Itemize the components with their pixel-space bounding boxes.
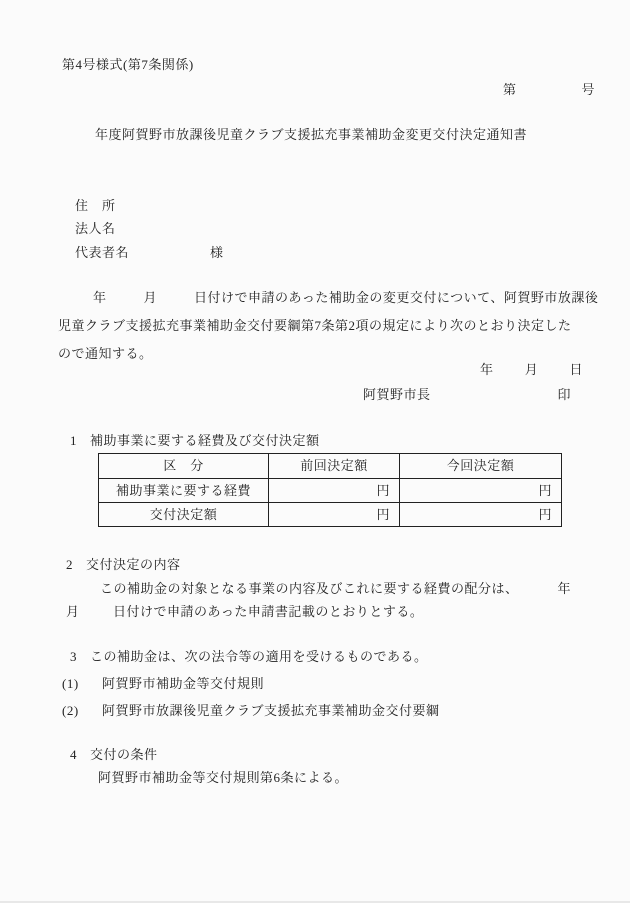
section-2-line-2-text: 日付けで申請のあった申請書記載のとおりとする。: [113, 604, 423, 619]
section-3-item-2-number: (2): [62, 704, 102, 718]
section-3-heading: 3この補助金は、次の法令等の適用を受けるものである。: [70, 650, 428, 664]
issuer-name: 阿賀野市長: [363, 388, 431, 402]
table-cell-row1-previous: 円: [269, 479, 400, 503]
table-row: 交付決定額 円 円: [99, 503, 562, 527]
section-1-heading: 1補助事業に要する経費及び交付決定額: [70, 434, 320, 448]
section-2-year-label: 年: [557, 582, 571, 596]
addressee-corporation-label: 法人名: [75, 222, 116, 236]
issue-date-month-label: 月: [525, 363, 539, 377]
table-header-previous-amount: 前回決定額: [269, 454, 400, 479]
document-number-suffix: 号: [581, 83, 595, 97]
body-paragraph-line-3: ので通知する。: [58, 347, 153, 361]
document-number-prefix: 第: [503, 83, 517, 97]
application-date-month-label: 月: [144, 291, 158, 305]
section-4-title: 交付の条件: [90, 747, 158, 762]
addressee-representative-label: 代表者名: [75, 246, 129, 260]
section-3-item-2-text: 阿賀野市放課後児童クラブ支援拡充事業補助金交付要綱: [102, 703, 440, 718]
section-2-number: 2: [66, 558, 86, 572]
section-2-heading: 2交付決定の内容: [66, 558, 181, 572]
section-4-line-1: 阿賀野市補助金等交付規則第6条による。: [98, 771, 348, 785]
section-3-title: この補助金は、次の法令等の適用を受けるものである。: [90, 649, 428, 664]
table-header-row: 区 分 前回決定額 今回決定額: [99, 454, 562, 479]
section-2-line-1-text: この補助金の対象となる事業の内容及びこれに要する経費の配分は、: [100, 582, 519, 596]
issue-date-day-label: 日: [569, 363, 583, 377]
table-header-category: 区 分: [99, 454, 269, 479]
body-paragraph-line-1-text: 日付けで申請のあった補助金の変更交付について、阿賀野市放課後: [194, 291, 598, 305]
section-3-item-1-text: 阿賀野市補助金等交付規則: [102, 676, 264, 691]
form-number: 第4号様式(第7条関係): [62, 58, 194, 72]
page-title: 年度阿賀野市放課後児童クラブ支援拡充事業補助金変更交付決定通知書: [95, 128, 527, 142]
section-3-item-1-number: (1): [62, 677, 102, 691]
table-cell-row1-label: 補助事業に要する経費: [99, 479, 269, 503]
section-2-title: 交付決定の内容: [86, 557, 181, 572]
decision-amount-table: 区 分 前回決定額 今回決定額 補助事業に要する経費 円 円 交付決定額 円 円: [98, 453, 562, 527]
table-header-current-amount: 今回決定額: [400, 454, 562, 479]
addressee-address-label: 住 所: [75, 199, 116, 213]
issuer-seal-mark: 印: [557, 388, 571, 402]
addressee-honorific: 様: [210, 246, 224, 260]
body-paragraph-line-1: 年 月 日付けで申請のあった補助金の変更交付について、阿賀野市放課後: [58, 291, 598, 305]
section-1-title: 補助事業に要する経費及び交付決定額: [90, 433, 320, 448]
table-cell-row2-label: 交付決定額: [99, 503, 269, 527]
document-page: { "page": { "form_number": "第4号様式(第7条関係)…: [0, 0, 630, 903]
section-1-number: 1: [70, 434, 90, 448]
section-2-line-2: 月日付けで申請のあった申請書記載のとおりとする。: [66, 605, 423, 619]
document-number: 第 号: [503, 83, 595, 97]
body-paragraph-line-2: 児童クラブ支援拡充事業補助金交付要綱第7条第2項の規定により次のとおり決定した: [58, 319, 572, 333]
section-4-heading: 4交付の条件: [70, 748, 158, 762]
section-3-item-2: (2)阿賀野市放課後児童クラブ支援拡充事業補助金交付要綱: [62, 704, 440, 718]
issue-date-line: 年 月 日: [480, 363, 583, 377]
section-4-number: 4: [70, 748, 90, 762]
table-cell-row1-current: 円: [400, 479, 562, 503]
table-cell-row2-previous: 円: [269, 503, 400, 527]
section-2-month-label: 月: [66, 605, 113, 619]
section-3-number: 3: [70, 650, 90, 664]
application-date-year-label: 年: [93, 291, 107, 305]
issuer-line: 阿賀野市長 印: [363, 388, 571, 402]
issue-date-year-label: 年: [480, 363, 494, 377]
table-cell-row2-current: 円: [400, 503, 562, 527]
section-3-item-1: (1)阿賀野市補助金等交付規則: [62, 677, 264, 691]
section-2-line-1: この補助金の対象となる事業の内容及びこれに要する経費の配分は、 年: [100, 582, 571, 596]
table-row: 補助事業に要する経費 円 円: [99, 479, 562, 503]
